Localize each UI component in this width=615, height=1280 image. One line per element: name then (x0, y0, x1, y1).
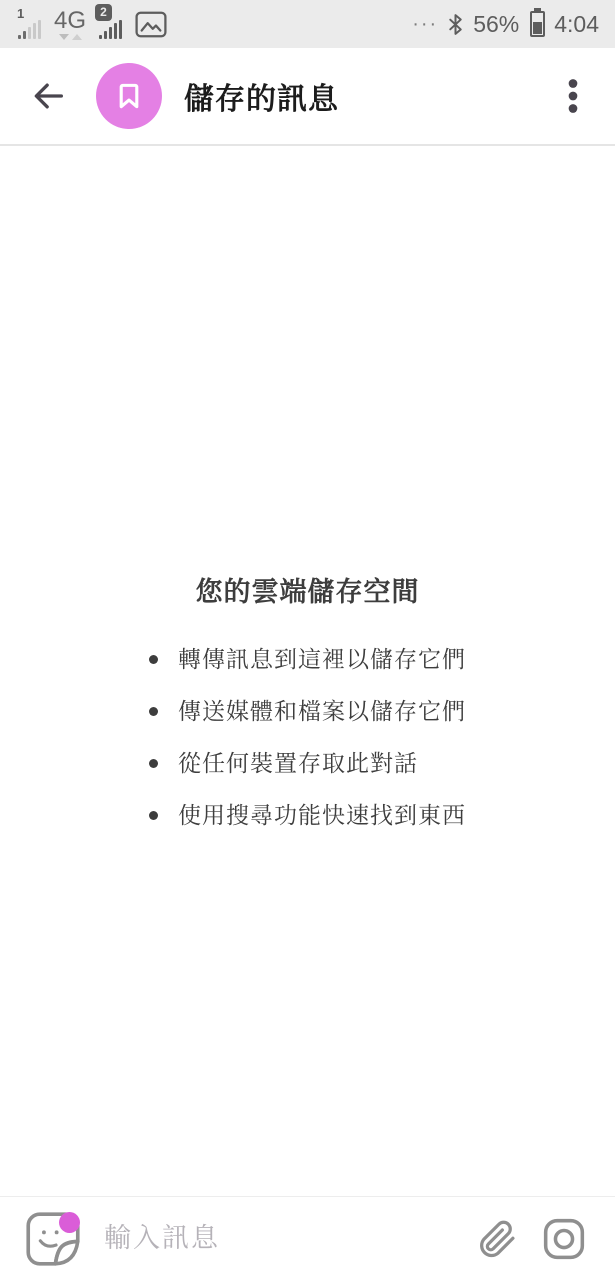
hint-text: 從任何裝置存取此對話 (178, 748, 418, 779)
bullet-dot (149, 655, 158, 664)
sticker-badge-dot (59, 1212, 80, 1233)
gallery-notification-icon (135, 11, 167, 38)
status-time: 4:04 (554, 11, 599, 38)
chat-title: 儲存的訊息 (184, 74, 339, 118)
message-composer (0, 1196, 615, 1280)
sim1-signal-icon: 1 (18, 10, 41, 39)
hint-item: 從任何裝置存取此對話 (149, 748, 466, 779)
back-button[interactable] (22, 70, 74, 122)
empty-state-card: 您的雲端儲存空間 轉傳訊息到這裡以儲存它們 傳送媒體和檔案以儲存它們 從任何裝置… (0, 146, 615, 831)
hint-item: 使用搜尋功能快速找到東西 (149, 800, 466, 831)
empty-state-hints: 轉傳訊息到這裡以儲存它們 傳送媒體和檔案以儲存它們 從任何裝置存取此對話 使用搜… (149, 644, 466, 831)
hint-item: 傳送媒體和檔案以儲存它們 (149, 696, 466, 727)
sim1-label: 1 (17, 6, 24, 21)
message-input[interactable] (104, 1223, 461, 1254)
status-bar: 1 4G 2 (0, 0, 615, 48)
chat-header: 儲存的訊息 (0, 48, 615, 146)
hint-text: 使用搜尋功能快速找到東西 (178, 800, 466, 831)
empty-state-title: 您的雲端儲存空間 (196, 574, 420, 610)
emoji-sticker-button[interactable] (24, 1210, 82, 1268)
bluetooth-icon (447, 12, 464, 37)
bullet-dot (149, 759, 158, 768)
data-activity-arrows-icon (59, 34, 82, 40)
bookmark-icon (112, 79, 146, 113)
network-type-label: 4G (54, 9, 86, 33)
camera-button[interactable] (539, 1214, 589, 1264)
chat-content: 您的雲端儲存空間 轉傳訊息到這裡以儲存它們 傳送媒體和檔案以儲存它們 從任何裝置… (0, 146, 615, 1196)
saved-messages-avatar[interactable] (96, 63, 162, 129)
saved-messages-screen: 1 4G 2 (0, 0, 615, 1280)
network-type-indicator: 4G (54, 9, 86, 40)
bullet-dot (149, 811, 158, 820)
more-notifications-icon: ··· (412, 13, 438, 36)
attach-button[interactable] (473, 1215, 521, 1263)
hint-text: 傳送媒體和檔案以儲存它們 (178, 696, 466, 727)
sim2-signal-icon: 2 (99, 10, 122, 39)
bullet-dot (149, 707, 158, 716)
back-arrow-icon (28, 76, 68, 116)
sim2-badge: 2 (95, 4, 112, 21)
paperclip-icon (474, 1216, 520, 1262)
overflow-menu-button[interactable] (549, 70, 597, 122)
hint-text: 轉傳訊息到這裡以儲存它們 (178, 644, 466, 675)
kebab-menu-icon (566, 76, 580, 116)
battery-icon (530, 11, 545, 37)
camera-icon (539, 1214, 589, 1264)
hint-item: 轉傳訊息到這裡以儲存它們 (149, 644, 466, 675)
battery-percent: 56% (473, 11, 519, 38)
